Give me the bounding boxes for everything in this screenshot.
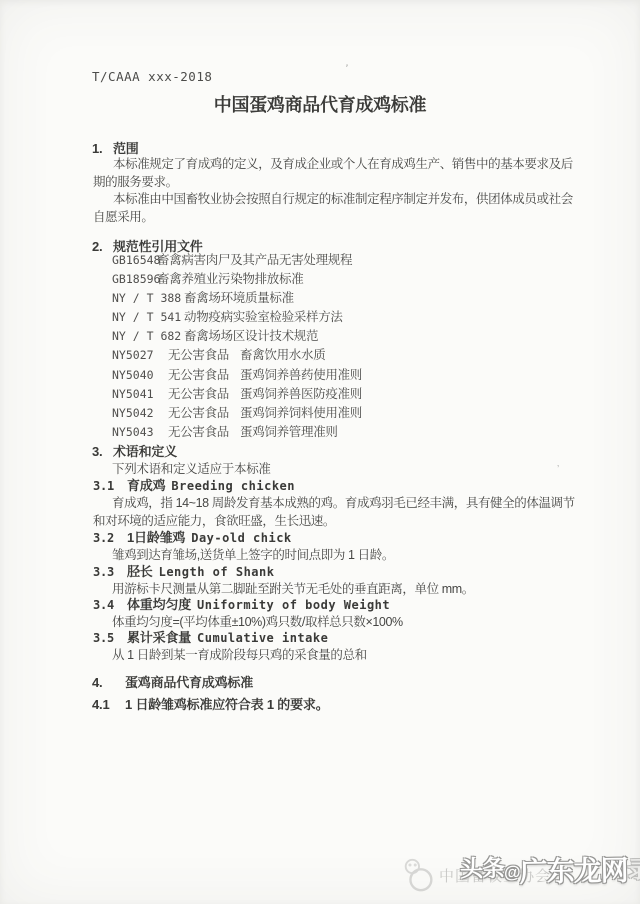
reference-desc: 蛋鸡饲养管理准则 <box>240 425 338 439</box>
term-number: 3.5 <box>93 631 127 645</box>
section-2-number: 2. <box>92 239 113 254</box>
reference-desc: 动物疫病实验室检验采样方法 <box>184 310 343 324</box>
term-heading: 3.1育成鸡Breeding chicken <box>93 475 573 494</box>
paragraph-line: 自愿采用。 <box>93 209 563 227</box>
term-name-en: Cumulative intake <box>197 631 328 645</box>
reference-code: NY / T 388 <box>112 289 184 308</box>
term-definition: 3.21日龄雏鸡Day-old chick 雏鸡到达育雏场,送货单上签字的时间点… <box>93 527 573 564</box>
standard-number: T/CAAA xxx-2018 <box>92 69 212 84</box>
scan-speck-right: ’ <box>557 464 559 475</box>
section-1-heading: 1.范围 <box>92 138 139 157</box>
reference-row: NY5043无公害食品蛋鸡饲养管理准则 <box>112 423 362 442</box>
scanned-document-page: T/CAAA xxx-2018 ’ 中国蛋鸡商品代育成鸡标准 1.范围 本标准规… <box>0 0 640 904</box>
at-sign: @ <box>504 863 520 882</box>
reference-code: NY5042 <box>112 404 168 423</box>
term-number: 3.3 <box>93 565 127 579</box>
paragraph-line: 本标准规定了育成鸡的定义，及育成企业或个人在育成鸡生产、销售中的基本要求及后 <box>93 156 563 174</box>
watermark-platform: 头条 <box>460 855 504 882</box>
term-body-line: 从 1 日龄到某一育成阶段每只鸡的采食量的总和 <box>93 647 573 664</box>
section-4-number: 4. <box>92 672 125 694</box>
reference-desc: 畜禽养殖业污染物排放标准 <box>157 272 303 286</box>
term-number: 3.2 <box>93 531 127 545</box>
reference-desc: 畜禽场环境质量标准 <box>184 291 294 305</box>
term-heading: 3.4体重均匀度Uniformity of body Weight <box>93 594 573 613</box>
association-logo-watermark <box>400 855 438 895</box>
reference-row: NY5040无公害食品蛋鸡饲养兽药使用准则 <box>112 366 362 385</box>
section-3-number: 3. <box>92 444 113 459</box>
term-number: 3.4 <box>93 598 127 612</box>
reference-code: NY / T 682 <box>112 327 184 346</box>
term-name-en: Breeding chicken <box>171 479 295 493</box>
section-3-title: 术语和定义 <box>113 444 177 459</box>
term-name-en: Uniformity of body Weight <box>197 598 390 612</box>
reference-row: GB18596畜禽养殖业污染物排放标准 <box>112 270 362 289</box>
association-name-watermark: 中国畜牧业协会 <box>439 865 551 886</box>
reference-row: NY / T 682畜禽场场区设计技术规范 <box>112 327 362 346</box>
reference-code: NY5041 <box>112 385 168 404</box>
reference-row: NY5042无公害食品蛋鸡饲养饲料使用准则 <box>112 404 362 423</box>
term-name-zh: 累计采食量 <box>127 630 191 645</box>
reference-code: GB16548 <box>112 251 157 270</box>
term-name-zh: 1日龄雏鸡 <box>127 530 185 545</box>
term-name-en: Length of Shank <box>159 565 275 579</box>
term-heading: 3.21日龄雏鸡Day-old chick <box>93 527 573 546</box>
reference-desc: 畜禽场场区设计技术规范 <box>184 329 318 343</box>
reference-code: NY / T 541 <box>112 308 184 327</box>
section-4-title: 蛋鸡商品代育成鸡标准 <box>125 675 253 690</box>
section-4: 4.蛋鸡商品代育成鸡标准 4.11 日龄雏鸡标准应符合表 1 的要求。 <box>92 672 572 716</box>
reference-desc: 蛋鸡饲养兽医防疫准则 <box>240 387 362 401</box>
watermark-suffix: 录 <box>627 856 640 882</box>
reference-desc: 蛋鸡饲养兽药使用准则 <box>240 368 362 382</box>
paragraph-line: 期的服务要求。 <box>93 174 563 192</box>
term-name-zh: 胫长 <box>127 564 153 579</box>
reference-desc: 畜禽病害肉尸及其产品无害处理规程 <box>157 253 352 267</box>
scan-speck-top: ’ <box>344 63 349 75</box>
section-4-1-text: 1 日龄雏鸡标准应符合表 1 的要求。 <box>125 697 329 712</box>
watermark-account: 广东龙网 <box>519 855 628 888</box>
reference-category: 无公害食品 <box>168 346 240 365</box>
term-body-line: 育成鸡，指 14~18 周龄发育基本成熟的鸡。育成鸡羽毛已经丰满，具有健全的体温… <box>93 495 573 512</box>
reference-row: NY / T 541动物疫病实验室检验采样方法 <box>112 308 362 327</box>
term-definition: 3.3胫长Length of Shank 用游标卡尺测量从第二脚趾至跗关节无毛处… <box>93 561 573 598</box>
reference-category: 无公害食品 <box>168 366 240 385</box>
reference-category: 无公害食品 <box>168 404 240 423</box>
reference-category: 无公害食品 <box>168 385 240 404</box>
section-1-number: 1. <box>92 141 113 156</box>
reference-code: GB18596 <box>112 270 157 289</box>
reference-desc: 蛋鸡饲养饲料使用准则 <box>240 406 362 420</box>
reference-row: GB16548畜禽病害肉尸及其产品无害处理规程 <box>112 251 362 270</box>
term-heading: 3.3胫长Length of Shank <box>93 561 573 580</box>
reference-desc: 畜禽饮用水水质 <box>240 348 325 362</box>
term-definition: 3.5累计采食量Cumulative intake 从 1 日龄到某一育成阶段每… <box>93 627 573 664</box>
reference-category: 无公害食品 <box>168 423 240 442</box>
section-1-title: 范围 <box>113 141 139 156</box>
document-title: 中国蛋鸡商品代育成鸡标准 <box>0 91 640 117</box>
section-4-heading: 4.蛋鸡商品代育成鸡标准 <box>92 672 572 694</box>
scope-paragraphs: 本标准规定了育成鸡的定义，及育成企业或个人在育成鸡生产、销售中的基本要求及后 期… <box>93 156 563 226</box>
term-heading: 3.5累计采食量Cumulative intake <box>93 627 573 646</box>
term-name-zh: 体重均匀度 <box>127 597 191 612</box>
reference-code: NY5040 <box>112 366 168 385</box>
reference-code: NY5027 <box>112 346 168 365</box>
term-definition: 3.1育成鸡Breeding chicken 育成鸡，指 14~18 周龄发育基… <box>93 475 573 531</box>
section-4-1-number: 4.1 <box>92 694 125 716</box>
normative-references-list: GB16548畜禽病害肉尸及其产品无害处理规程 GB18596畜禽养殖业污染物排… <box>112 251 362 442</box>
term-number: 3.1 <box>93 479 127 493</box>
reference-row: NY5027无公害食品畜禽饮用水水质 <box>112 346 362 365</box>
toutiao-account-watermark: 头条@广东龙网录 <box>460 847 640 891</box>
reference-code: NY5043 <box>112 423 168 442</box>
reference-row: NY / T 388畜禽场环境质量标准 <box>112 289 362 308</box>
term-name-zh: 育成鸡 <box>127 478 165 493</box>
term-name-en: Day-old chick <box>191 531 291 545</box>
paragraph-line: 本标准由中国畜牧业协会按照自行规定的标准制定程序制定并发布，供团体成员或社会 <box>93 191 563 209</box>
reference-row: NY5041无公害食品蛋鸡饲养兽医防疫准则 <box>112 385 362 404</box>
term-definition: 3.4体重均匀度Uniformity of body Weight 体重均匀度=… <box>93 594 573 631</box>
section-4-1-line: 4.11 日龄雏鸡标准应符合表 1 的要求。 <box>92 694 572 716</box>
section-3-heading: 3.术语和定义 <box>92 441 177 460</box>
